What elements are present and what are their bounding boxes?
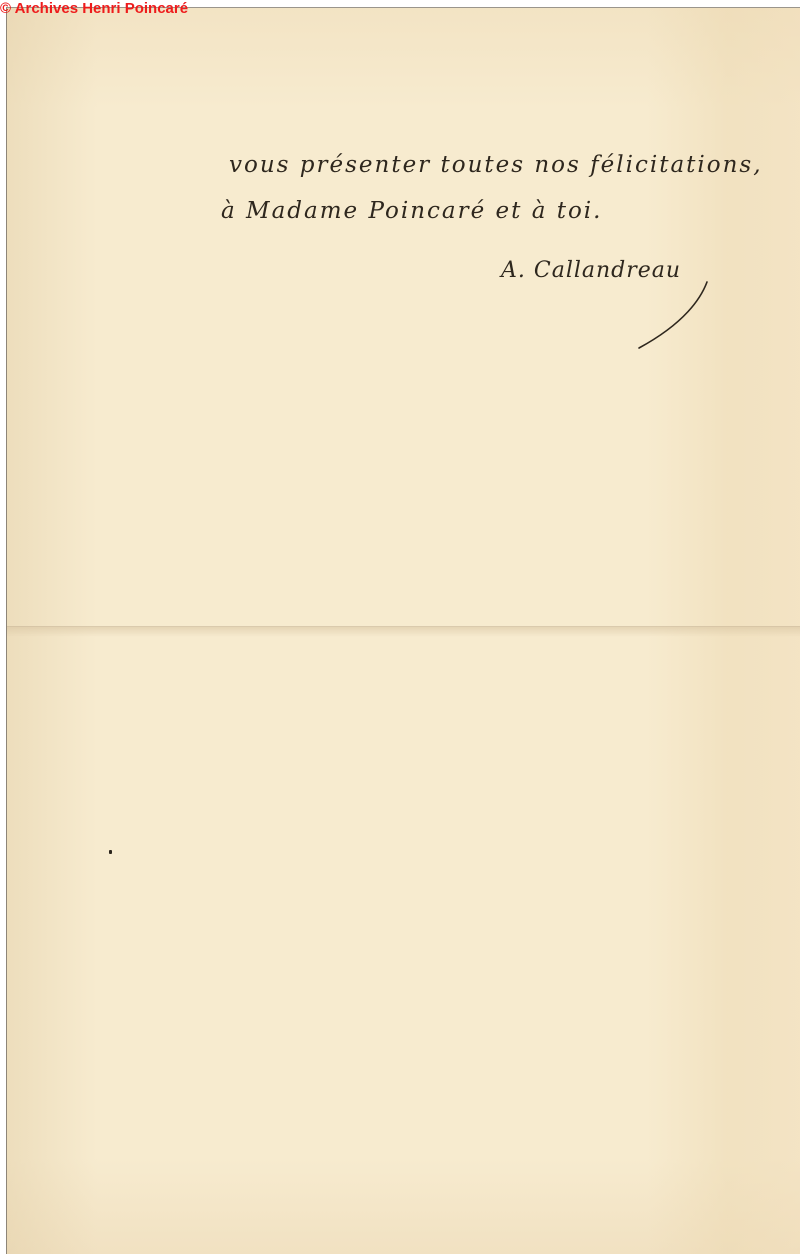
- handwritten-line-2: à Madame Poincaré et à toi.: [221, 198, 602, 224]
- copyright-watermark: © Archives Henri Poincaré: [0, 0, 188, 17]
- ink-speck: [109, 850, 112, 854]
- handwritten-line-1: vous présenter toutes nos félicitations,: [229, 152, 763, 178]
- letter-page: vous présenter toutes nos félicitations,…: [6, 7, 800, 1254]
- signature-flourish-icon: [635, 278, 715, 353]
- paper-fold-line: [7, 626, 800, 637]
